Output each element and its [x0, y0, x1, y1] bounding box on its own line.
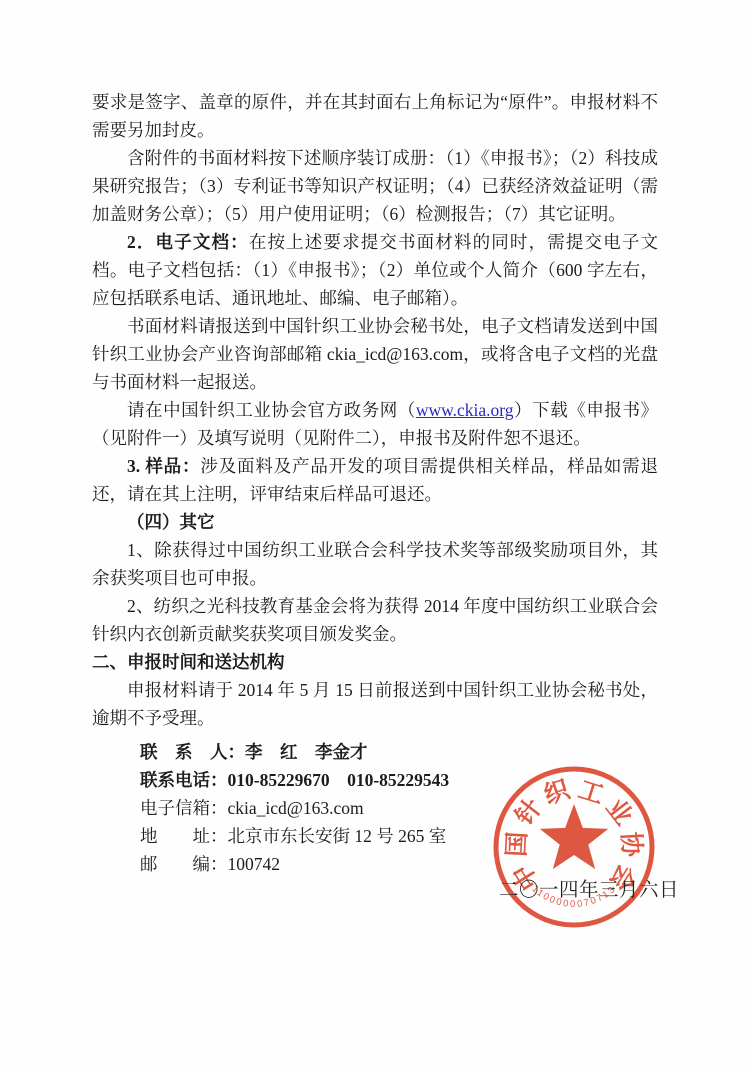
- paragraph-materials-original: 要求是签字、盖章的原件，并在其封面右上角标记为“原件”。申报材料不需要另加封皮。: [92, 88, 658, 144]
- official-seal-icon: 中 国 针 织 工 业 协 会 1100000070713: [489, 762, 659, 932]
- samples-label: 3. 样品：: [127, 456, 200, 476]
- paragraph-samples: 3. 样品：涉及面料及产品开发的项目需提供相关样品，样品如需退还，请在其上注明，…: [92, 452, 658, 508]
- document-date: 二〇一四年三月六日: [499, 874, 679, 902]
- download-text-pre: 请在中国针织工业协会官方政务网（: [127, 400, 416, 420]
- seal-org-char: 针: [510, 794, 547, 831]
- ckia-website-link[interactable]: www.ckia.org: [416, 400, 514, 420]
- red-star-icon: [540, 804, 608, 869]
- paragraph-other-1: 1、除获得过中国纺织工业联合会科学技术奖等部级奖励项目外，其余获奖项目也可申报。: [92, 536, 658, 592]
- heading-other: （四）其它: [92, 508, 658, 536]
- seal-org-char: 业: [600, 794, 637, 831]
- paragraph-deadline: 申报材料请于 2014 年 5 月 15 日前报送到中国针织工业协会秘书处，逾期…: [92, 676, 658, 732]
- document-body: 要求是签字、盖章的原件，并在其封面右上角标记为“原件”。申报材料不需要另加封皮。…: [92, 88, 658, 878]
- paragraph-submission-address: 书面材料请报送到中国针织工业协会秘书处，电子文档请发送到中国针织工业协会产业咨询…: [92, 312, 658, 396]
- paragraph-other-2: 2、纺织之光科技教育基金会将为获得 2014 年度中国纺织工业联合会针织内衣创新…: [92, 592, 658, 648]
- document-page: 要求是签字、盖章的原件，并在其封面右上角标记为“原件”。申报材料不需要另加封皮。…: [0, 0, 754, 1067]
- paragraph-binding-order: 含附件的书面材料按下述顺序装订成册：（1）《申报书》；（2）科技成果研究报告；（…: [92, 144, 658, 228]
- paragraph-electronic-docs: 2．电子文档：在按上述要求提交书面材料的同时，需提交电子文档。电子文档包括：（1…: [92, 228, 658, 312]
- paragraph-download: 请在中国针织工业协会官方政务网（www.ckia.org）下载《申报书》（见附件…: [92, 396, 658, 452]
- heading-deadline-org: 二、申报时间和送达机构: [92, 648, 658, 676]
- seal-org-char: 国: [502, 831, 531, 857]
- electronic-docs-label: 2．电子文档：: [127, 232, 249, 252]
- seal-org-char: 工: [575, 776, 607, 809]
- seal-org-char: 织: [541, 775, 574, 809]
- seal-org-char: 协: [616, 831, 645, 858]
